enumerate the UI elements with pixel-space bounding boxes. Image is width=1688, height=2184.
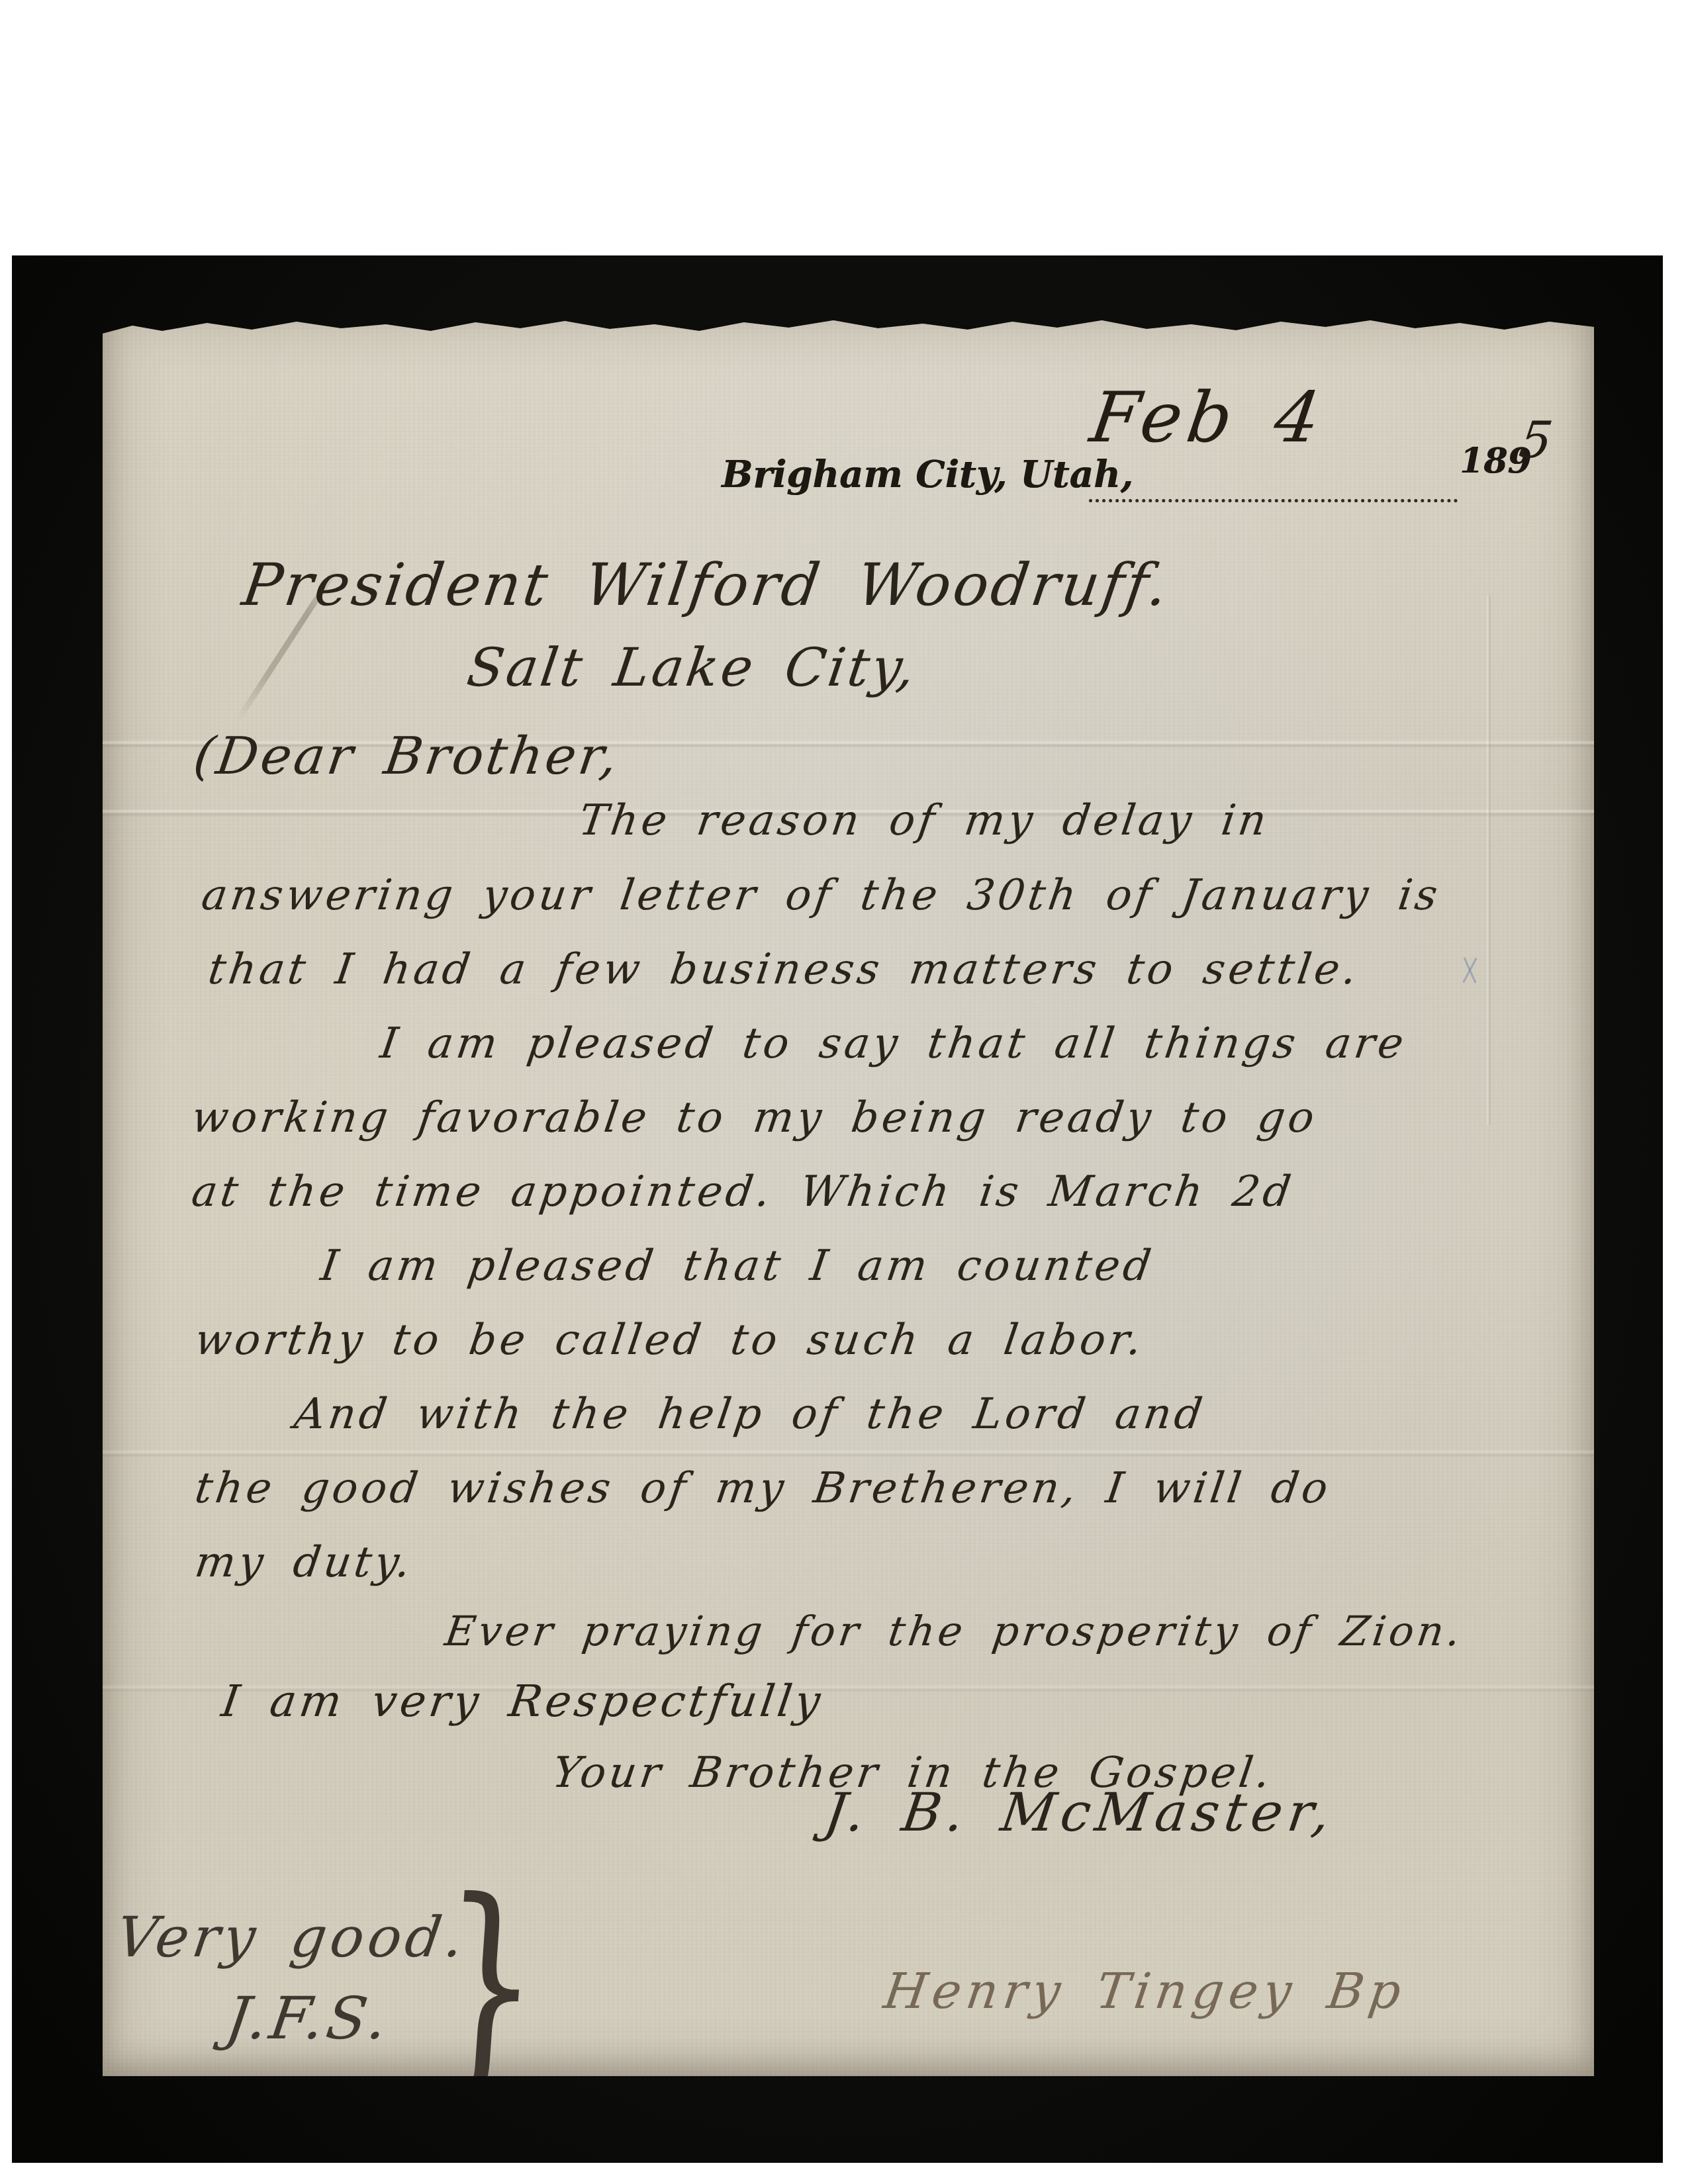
body-line: answering your letter of the 30th of Jan… — [199, 871, 1444, 920]
body-line: that I had a few business matters to set… — [205, 945, 1363, 994]
closing-line: I am very Respectfully — [218, 1676, 827, 1727]
body-line: I am pleased to say that all things are — [377, 1019, 1410, 1068]
body-line: I am pleased that I am counted — [318, 1242, 1157, 1291]
letterhead-place: Brigham City, Utah, — [722, 453, 1133, 496]
reviewer-initials: J.F.S. — [222, 1984, 395, 2052]
page-background: Brigham City, Utah, Feb 4 189 5 Presiden… — [0, 0, 1688, 2184]
recipient-city: Salt Lake City, — [463, 637, 921, 698]
body-line: worthy to be called to such a labor. — [192, 1316, 1148, 1365]
annotation-brace: } — [429, 1860, 550, 2076]
recipient-name: President Wilford Woodruff. — [238, 551, 1174, 619]
vertical-fold-crease — [1486, 596, 1491, 1125]
scanned-photo-background: Brigham City, Utah, Feb 4 189 5 Presiden… — [12, 255, 1663, 2163]
blue-pencil-mark — [1458, 956, 1481, 984]
salutation: (Dear Brother, — [190, 727, 624, 786]
letter-paper: Brigham City, Utah, Feb 4 189 5 Presiden… — [103, 311, 1594, 2076]
body-line: at the time appointed. Which is March 2d — [189, 1167, 1297, 1216]
body-line: the good wishes of my Bretheren, I will … — [192, 1464, 1334, 1513]
handwritten-date: Feb 4 — [1086, 377, 1331, 458]
body-line: The reason of my delay in — [576, 796, 1272, 845]
signature: J. B. McMaster, — [821, 1782, 1339, 1843]
body-line: my duty. — [192, 1538, 416, 1587]
body-line: Ever praying for the prosperity of Zion. — [442, 1607, 1467, 1655]
body-line: And with the help of the Lord and — [291, 1390, 1209, 1439]
horizontal-fold-crease — [103, 1449, 1594, 1457]
reviewer-annotation: Very good. — [113, 1905, 471, 1970]
body-line: working favorable to my being ready to g… — [189, 1093, 1321, 1142]
countersignature: Henry Tingey Bp — [880, 1963, 1410, 2020]
handwritten-year-digit: 5 — [1516, 410, 1560, 469]
